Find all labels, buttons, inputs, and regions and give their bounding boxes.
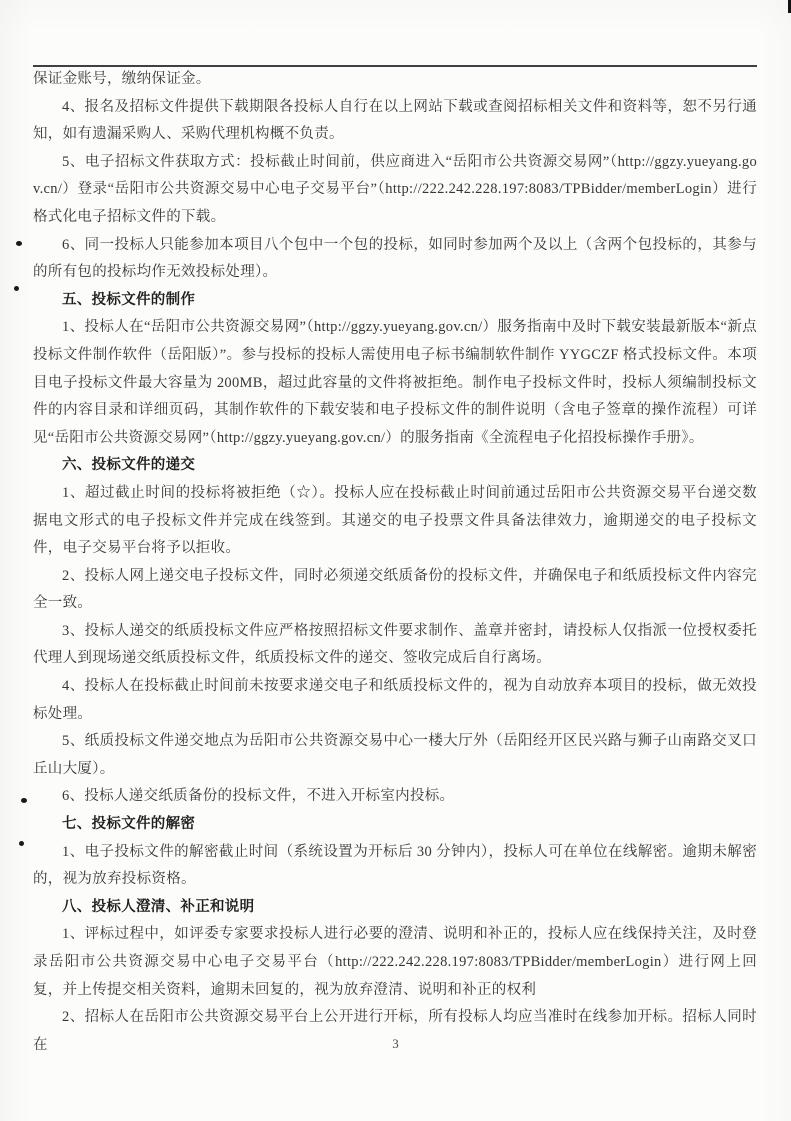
paragraph: 6、同一投标人只能参加本项目八个包中一个包的投标，如同时参加两个及以上（含两个包… [33,232,757,287]
paragraph: 1、投标人在“岳阳市公共资源交易网”（http://ggzy.yueyang.g… [33,314,757,452]
scanned-document-page: { "page": { "number": "3" }, "document":… [0,0,791,1121]
section-heading: 五、投标文件的制作 [33,287,757,315]
scan-speck [14,286,19,291]
paragraph: 5、电子招标文件获取方式：投标截止时间前，供应商进入“岳阳市公共资源交易网”（h… [33,149,757,232]
scan-speck [16,241,22,246]
page-number: 3 [0,1036,791,1052]
paragraph: 4、报名及招标文件提供下载期限各投标人自行在以上网站下载或查阅招标相关文件和资料… [33,94,757,149]
section-heading: 七、投标文件的解密 [33,811,757,839]
paragraph: 3、投标人递交的纸质投标文件应严格按照招标文件要求制作、盖章并密封，请投标人仅指… [33,618,757,673]
paragraph: 4、投标人在投标截止时间前未按要求递交电子和纸质投标文件的，视为自动放弃本项目的… [33,673,757,728]
paragraph: 保证金账号，缴纳保证金。 [33,66,757,94]
paragraph: 6、投标人递交纸质备份的投标文件，不进入开标室内投标。 [33,783,757,811]
section-heading: 八、投标人澄清、补正和说明 [33,894,757,922]
scan-speck [21,798,27,803]
paragraph: 1、评标过程中，如评委专家要求投标人进行必要的澄清、说明和补正的，投标人应在线保… [33,921,757,1004]
paragraph: 1、电子投标文件的解密截止时间（系统设置为开标后 30 分钟内），投标人可在单位… [33,839,757,894]
paragraph: 1、超过截止时间的投标将被拒绝（☆）。投标人应在投标截止时间前通过岳阳市公共资源… [33,480,757,563]
scan-speck [19,841,24,846]
paragraph: 2、投标人网上递交电子投标文件，同时必须递交纸质备份的投标文件，并确保电子和纸质… [33,563,757,618]
section-heading: 六、投标文件的递交 [33,452,757,480]
paragraph: 5、纸质投标文件递交地点为岳阳市公共资源交易中心一楼大厅外（岳阳经开区民兴路与狮… [33,728,757,783]
document-body: 保证金账号，缴纳保证金。4、报名及招标文件提供下载期限各投标人自行在以上网站下载… [33,66,757,1059]
